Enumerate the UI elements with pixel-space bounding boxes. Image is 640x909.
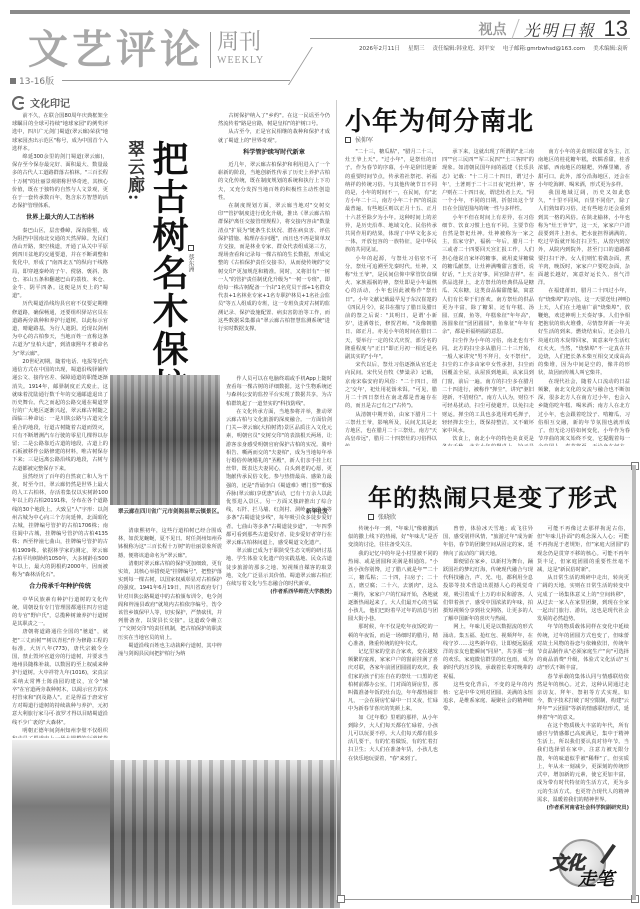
right2-col2: 曾曾，体验冰天雪地；或飞往异国，感受别样风情，"旅游过年"成为新年俗，春节的团聚…: [443, 525, 533, 893]
paragraph: 作人员可以在电脑终端或手机App上随时查看每一棵古树的详细数据。这个生物系统还与…: [226, 375, 332, 408]
header-slash: [511, 19, 519, 39]
editors: 责任编辑:韩业庭、刘平安: [432, 44, 494, 52]
paragraph: 年节的物质载体同样在变化中延续传统，过年的团圆方式也变了，但味蕾对故土风物的眷恋…: [537, 623, 629, 672]
issue-date: 2026年2月11日: [359, 44, 400, 52]
newspaper-header: 视点 光明日報 13: [479, 16, 629, 42]
left-article-col4: 作人员可以在电脑终端或手机App上随时查看每一棵古树的详细数据。这个生物系统还与…: [226, 375, 332, 755]
byline-box-icon: [188, 245, 194, 251]
paragraph: 曾曾，体验冰天雪地；或飞往异国，感受别样风情，"旅游过年"成为新年俗，春节的团聚…: [443, 525, 533, 558]
paragraph: 在现代社会，随着人口流动的日益频繁，南北文化的交流与融合也不断加深，很多北方人在…: [538, 378, 630, 446]
weekday: 星期三: [408, 44, 425, 52]
logo-zoubi: 走笔: [578, 865, 614, 891]
paragraph: 小年的起源，与祭灶习俗密不可分。祭灶可追溯至先秦时代。灶神，又称"灶王爷"，是民…: [345, 255, 437, 362]
paragraph: 宋代以后，祭灶习俗逐渐从官廷走向民间。宋代吴自牧《梦粱录》记载，京南宋临安府的风…: [345, 361, 437, 410]
box-shadow-bar: [632, 465, 636, 900]
paragraph: 传统小年一到，"年味儿"像被激活似的撒上线下的热闹，好"年味儿"是否变淡的讨论，…: [348, 525, 438, 550]
article-title: 小年为何分南北: [345, 101, 534, 138]
weekly-cn: 周刊: [217, 31, 264, 55]
right2-col1: 传统小年一到，"年味儿"像被激活似的撒上线下的热闹，好"年味儿"是否变淡的讨论，…: [348, 525, 438, 893]
pages-range: 13-16版: [19, 74, 54, 87]
paragraph: 我的记忆中的年是小村里被不同的热闹、或是团圆和美满是相通的。"小孩小孩你别馋，过…: [348, 550, 438, 624]
right1-col1: "二十三，糖瓜粘"，"腊月二十三，灶王爷上天"。"过小年"，是祭灶的日子。作为春…: [345, 148, 437, 446]
paragraph: 秦巴山区，层峦叠嶂，深沟险壑，成为阻挡中国南北交通的天然屏障。先民们凿山开路，架…: [12, 227, 108, 301]
byline: 侯仰军: [345, 135, 373, 144]
paragraph: 古树保护纳入了"乡约"。在这一民谣至今仍然流传着"路是官路，树是皇柏"的护树口号…: [218, 112, 330, 128]
subheading: 合力传承千年种护传统: [12, 583, 108, 591]
author-sign: (作者系河南省社会科学院副研究员): [537, 804, 629, 812]
paragraph: 我国地域辽阔，历史又如此悠久，"十里不同风，百里不同俗"，除了人们熟知的习俗，还…: [538, 189, 630, 287]
paragraph: 从日常生活的琐碎中走出，转向更广阔的天地，实则在日常生活的转变中完成了一场集体意…: [537, 574, 629, 623]
left-article-col1: 前不久，在联合国80周年庆典框架全球瞩目的全球可持续"地球家园"的例奖评选中，四…: [12, 112, 108, 738]
paragraph: 历代蜀道沿线均县官府不仅要定期维修道路，确保畅通，还要组织驿站官员在道路两旁栽种…: [12, 300, 108, 357]
right1-col2: 承下来，这就出现了所谓的"北三南四""官三民四""军三民四""土三客四"的现象。…: [442, 148, 534, 446]
paragraph: 唐朝将道路通往全国的"驰道"，就把"三丈而树""树以青松"作为修路工程的标准。大…: [12, 628, 108, 726]
corner-ornament: [337, 895, 345, 903]
author-sign: (作者系西华师范大学教授): [226, 588, 332, 596]
column-g-icon: [12, 96, 26, 110]
paragraph: 南方小年的美食则以甜食为主，江南地区的桂花糖年糕，软糯香甜，桂香浓郁，西南地区的…: [538, 148, 630, 189]
subheading: 科学管护续写时代新章: [218, 149, 330, 157]
byline: 张晓欣: [368, 512, 396, 521]
paragraph: 在文化传承方面，当地参将并举，推动翠云廊古柏与文化旅游的深度融合。一方面恰剑门关…: [226, 408, 332, 547]
left-article-col3: 清康熙初年，这些行道柏树已经合围成林，如茨龙蜿蜒，夏不见日。时任剑州知州乔钵极称…: [118, 527, 222, 757]
paragraph: 那时候，年不仅是吃年夜饭吃的一顿的年夜饭，而是一场细时的腊月，精心准备，隆重传统…: [348, 623, 438, 648]
photo-cuiyunlang-cliff: [110, 375, 220, 505]
paragraph: 饮食上，南北小年的特色美食更是各有千秋。北方小年的餐桌上，饺子是必不可少的美食。…: [442, 435, 534, 446]
section-label: 视点: [479, 19, 507, 39]
paragraph: 可能不再像过去那样拘泥古俗，但"年味儿扑面"的观念深入人心；可能不再拘泥于老规矩…: [537, 525, 629, 574]
culture-column-logo: 文化 走笔: [548, 835, 628, 890]
square-bullet-icon: [10, 78, 16, 84]
paragraph: 在福建莆田，腊月二十四过小年，有"烧柴埠"的习俗。这一天要送灶(神明)上天，人们…: [538, 287, 630, 377]
paragraph: 蜀道沿线百姓也主动栽种行道树，其中梓潼与剑阁县民间把护柏行为纳: [118, 642, 222, 658]
paragraph: "二十三，糖瓜粘"，"腊月二十三，灶王爷上天"。"过小年"，是祭灶的日子。作为春…: [345, 148, 437, 255]
paragraph: 20世纪初期，随着电话、电报等近代通信方式在中国的出现，蜀道沿线驿铺传递公文、接…: [12, 358, 108, 473]
masthead-underline: [62, 80, 290, 81]
email: 电子邮箱:gmrbwhsd@163.com: [503, 44, 585, 52]
paragraph: 春节承载的集体认同与情感联结依然是年的核心。过去，这种认同通过走亲访友、拜年、祭…: [537, 673, 629, 722]
paragraph: 明朝正德年间剑州知州李璧不仅组织和动员了蜀道史上一场大规模的行道树栽种，从剑州向…: [12, 727, 108, 738]
photo-river-landscape: [12, 740, 110, 905]
caption-text: 翠云廊在四川省广元市剑阁县翠云镇景区。: [118, 509, 223, 515]
paragraph: 清康熙初年，这些行道柏树已经合围成林，如茨龙蜿蜒，夏不见日。时任剑州知州乔钵极称…: [118, 527, 222, 560]
article-title: 年的热闹只是变了形式: [368, 478, 618, 513]
newspaper-logo: 光明日報: [524, 18, 596, 41]
paragraph: 近几年，翠云廊古柏保护和利用进入了一个崭新的阶段，当地创新性传承了历史上养护古柏…: [218, 161, 330, 202]
left-article-col2: 古树保护纳入了"乡约"。在这一民谣至今仍然流传着"路是官路，树是皇柏"的护树口号…: [218, 112, 330, 367]
paragraph: 从清朝中期开始，由家下腊月二十三祭灶王爷，影响所及，民间尤其是北方地区，也在腊月…: [345, 411, 437, 447]
column-header: 文化印记: [12, 95, 70, 110]
author-name: 蔡东洲: [186, 254, 195, 272]
art-editor: 美术编辑:袁昕: [593, 44, 628, 52]
weekly-label: 周刊 WEEKLY: [217, 31, 264, 66]
author-name: 张晓欣: [378, 512, 396, 521]
masthead: 文艺评论 周刊 WEEKLY: [28, 22, 264, 72]
paragraph: 记忆里家的堂亲合家欢，变在越发频繁的宴席，家家户户的窗前挂满了喜庆对联，各家年前…: [348, 648, 438, 714]
paragraph: 如《过年歌》里唱的那样，从小年到除夕，大人们每天都在忙碌着，小孩儿可以玩耍不停。…: [348, 714, 438, 763]
paragraph: 在这个物质极大丰富的年代，所有感官与情感都已高度满足，集中于精神生活上，所以我们…: [537, 722, 629, 804]
column-separator: [336, 100, 337, 900]
paragraph: 扫尘作为小年的习俗，南北也有不同。北方的扫尘多从腊月二十三开始，一般人家讲究"男…: [442, 337, 534, 435]
paragraph: 清朝对翠云廊古柏的保护更加细致，更有实效，其核心举措便是"挂牌编号"，把整护落实…: [118, 560, 222, 642]
paragraph: 网上，年味儿更是以数据流的形式涌动。集五福、抢红包、视频拜年，在线守岁……这些新…: [443, 623, 533, 680]
masthead-divider: [210, 32, 211, 68]
paragraph: 从古至今，正是官民相继的栽种和保护才成就了蜀道上的"世界奇观"。: [218, 128, 330, 144]
right2-col3: 可能不再像过去那样拘泥古俗，但"年味儿扑面"的观念深入人心；可能不再拘泥于老规矩…: [537, 525, 629, 825]
paragraph: 在制度规划方面，翠云廊当地对"交树交印""管护制度进行优化升级，推出《翠云廊古柏…: [218, 202, 330, 333]
article-subtitle: 翠云廊:: [122, 140, 147, 201]
paragraph: 中华民族素有种护行道树的文化传统。周朝设有专门管理国都通往四方官道的专官"野庐氏…: [12, 596, 108, 629]
masthead-diagonal: [288, 47, 313, 85]
supplement-title: 文艺评论: [28, 28, 204, 72]
paragraph: 翠云廊已成为于职陕受生态文明的研讨基地、学生体验文化遗产的实践基地、民众古道徒步…: [226, 547, 332, 588]
author-name: 侯仰军: [355, 135, 373, 144]
paragraph: 前不久，在联合国80周年庆典框架全球瞩目的全球可持续"地球家园"的例奖评选中，四…: [12, 112, 108, 153]
right1-col3: 南方小年的美食则以甜食为主，江南地区的桂花糖年糕，软糯香甜，桂香浓郁，西南地区的…: [538, 148, 630, 446]
pages-label: 13-16版: [10, 74, 54, 87]
weekly-en: WEEKLY: [217, 55, 264, 66]
paragraph: 即便留在家乡，以新村为舞台，踊跃国社的梦幻灯海，传统现代融合与现代科技融合，声、…: [443, 558, 533, 624]
page-number: 13: [604, 16, 628, 42]
edition-meta: 2026年2月11日 星期三 责任编辑:韩业庭、刘平安 电子邮箱:gmrbwhs…: [359, 44, 628, 52]
paragraph: 承下来，这就出现了所谓的"北三南四""官三民四""军三民四""土三客四"的现象。…: [442, 148, 534, 214]
paragraph: 这些变化背后，不变的是年的内核：它是中华文明对团圆、美满的永恒追求，是维系家庭、…: [443, 681, 533, 714]
masthead-rule: [10, 10, 630, 14]
subheading: 世界上最大的人工古柏林: [12, 214, 108, 222]
byline-box-icon: [368, 514, 374, 520]
photo-ancient-road: [110, 760, 340, 908]
paragraph: 虽然经历了百年的自然衰亡和人为干扰，时至今日，翠云廊仍然是世界上最大的人工古柏林…: [12, 473, 108, 580]
paragraph: 小年不但在时间上有差异，在习俗细节、饮食习惯上也有不同。主要节俗自然是祭祀灶神。…: [442, 214, 534, 337]
byline-box-icon: [345, 137, 351, 143]
column-name: 文化印记: [30, 95, 70, 110]
paragraph: 绵延300余里的剑门蜀道(翠云廊)，保存至今保存最完好、面积最大、数量最多的古代…: [12, 153, 108, 210]
byline: 蔡东洲: [186, 245, 195, 272]
